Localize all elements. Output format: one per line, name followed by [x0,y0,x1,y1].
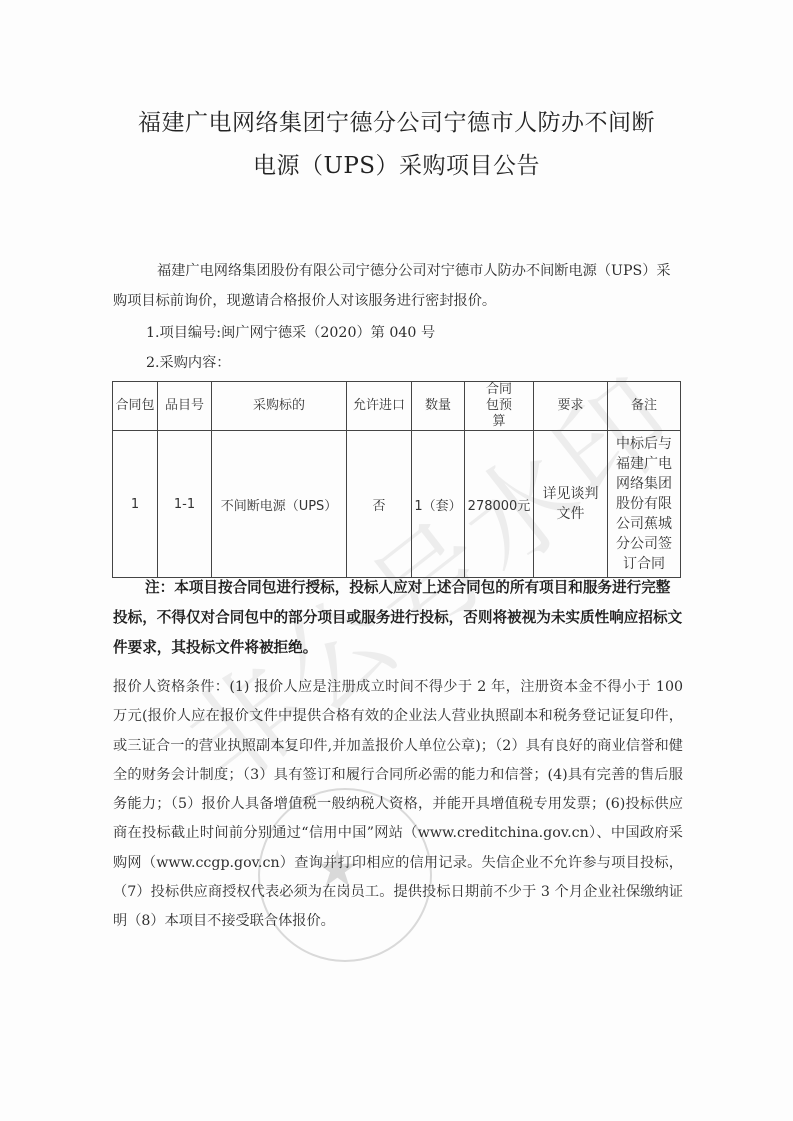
cell-requirement: 详见谈判文件 [534,431,608,578]
cell-budget: 278000元 [465,431,534,578]
cell-item-no: 1-1 [158,431,212,578]
header-remark: 备注 [608,382,681,431]
header-item-no: 品目号 [158,382,212,431]
header-requirement: 要求 [534,382,608,431]
document-title-line2: 电源（UPS）采购项目公告 [0,147,793,180]
intro-paragraph: 福建广电网络集团股份有限公司宁德分公司对宁德市人防办不间断电源（UPS）采购项目… [113,256,683,316]
table-row: 1 1-1 不间断电源（UPS） 否 1（套） 278000元 详见谈判文件 中… [113,431,681,578]
header-import-allowed: 允许进口 [347,382,412,431]
procurement-content-heading: 2.采购内容： [146,348,716,378]
header-quantity: 数量 [412,382,465,431]
cell-subject: 不间断电源（UPS） [212,431,347,578]
cell-quantity: 1（套） [412,431,465,578]
bidding-note: 注：本项目按合同包进行授标，投标人应对上述合同包的所有项目和服务进行完整投标，不… [113,573,683,663]
table-header-row: 合同包 品目号 采购标的 允许进口 数量 合同包预算 要求 备注 [113,382,681,431]
cell-import-allowed: 否 [347,431,412,578]
document-title-line1: 福建广电网络集团宁德分公司宁德市人防办不间断 [0,104,793,137]
header-budget: 合同包预算 [465,382,534,431]
header-package: 合同包 [113,382,158,431]
document-page: 非公号水印 ★ 福建广电网络集团宁德分公司宁德市人防办不间断 电源（UPS）采购… [0,0,793,1121]
project-number: 1.项目编号:闽广网宁德采（2020）第 040 号 [146,318,716,348]
cell-package: 1 [113,431,158,578]
qualification-conditions: 报价人资格条件：(1) 报价人应是注册成立时间不得少于 2 年，注册资本金不得小… [113,673,683,937]
procurement-table: 合同包 品目号 采购标的 允许进口 数量 合同包预算 要求 备注 1 1-1 不… [112,381,681,578]
cell-remark: 中标后与福建广电网络集团股份有限公司蕉城分公司签订合同 [608,431,681,578]
header-subject: 采购标的 [212,382,347,431]
